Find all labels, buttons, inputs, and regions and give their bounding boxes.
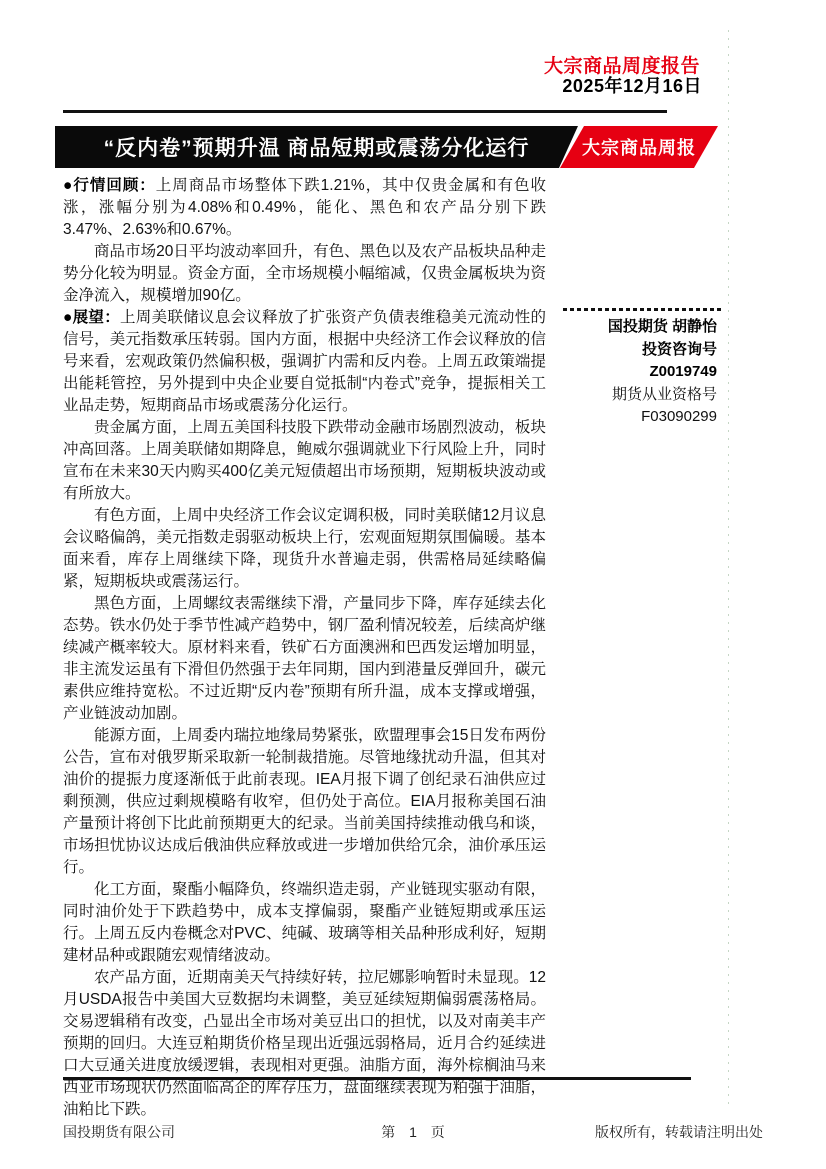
- footer-rule: [63, 1077, 691, 1080]
- report-page: 大宗商品周度报告 2025年12月16日 “反内卷”预期升温 商品短期或震荡分化…: [0, 0, 826, 1169]
- header-rule: [63, 110, 667, 113]
- report-body: ●行情回顾：上周商品市场整体下跌1.21%，其中仅贵金属和有色收涨，涨幅分别为4…: [63, 175, 546, 1121]
- nonferrous-paragraph: 有色方面，上周中央经济工作会议定调积极，同时美联储12月议息会议略偏鸽，美元指数…: [63, 505, 546, 593]
- chemical-paragraph: 化工方面，聚酯小幅降负，终端织造走弱，产业链现实驱动有限，同时油价处于下跌趋势中…: [63, 879, 546, 967]
- ferrous-paragraph: 黑色方面，上周螺纹表需继续下滑，产量同步下降，库存延续去化态势。铁水仍处于季节性…: [63, 593, 546, 725]
- analyst-dotted-divider: [563, 308, 723, 311]
- advisory-number-label: 投资咨询号: [608, 339, 717, 362]
- outlook-paragraph: ●展望：上周美联储议息会议释放了扩张资产负债表维稳美元流动性的信号，美元指数承压…: [63, 307, 546, 417]
- analyst-block: 国投期货 胡静怡 投资咨询号 Z0019749 期货从业资格号 F0309029…: [608, 316, 717, 429]
- outlook-text: 上周美联储议息会议释放了扩张资产负债表维稳美元流动性的信号，美元指数承压转弱。国…: [63, 309, 546, 414]
- fold-guide-line: [728, 30, 729, 1110]
- footer-copyright: 版权所有，转载请注明出处: [595, 1122, 763, 1142]
- energy-paragraph: 能源方面，上周委内瑞拉地缘局势紧张，欧盟理事会15日发布两份公告，宣布对俄罗斯采…: [63, 725, 546, 879]
- footer: 国投期货有限公司 第 1 页 版权所有，转载请注明出处: [63, 1122, 763, 1142]
- advisory-number: Z0019749: [608, 361, 717, 384]
- footer-page-number: 第 1 页: [381, 1122, 445, 1142]
- practice-number-label: 期货从业资格号: [608, 384, 717, 407]
- footer-company: 国投期货有限公司: [63, 1122, 175, 1142]
- headline-text: “反内卷”预期升温 商品短期或震荡分化运行: [104, 132, 530, 162]
- headline-banner: “反内卷”预期升温 商品短期或震荡分化运行: [55, 126, 578, 168]
- outlook-label: ●展望：: [63, 309, 120, 326]
- weekly-tag-text: 大宗商品周报: [582, 134, 696, 160]
- practice-number: F03090299: [608, 406, 717, 429]
- precious-metals-paragraph: 贵金属方面，上周五美国科技股下跌带动金融市场剧烈波动，板块冲高回落。上周美联储如…: [63, 417, 546, 505]
- weekly-tag-ribbon: 大宗商品周报: [560, 126, 718, 168]
- review-paragraph-2: 商品市场20日平均波动率回升，有色、黑色以及农产品板块品种走势分化较为明显。资金…: [63, 241, 546, 307]
- review-label: ●行情回顾：: [63, 177, 156, 194]
- report-date: 2025年12月16日: [562, 72, 702, 98]
- analyst-name: 国投期货 胡静怡: [608, 316, 717, 339]
- review-paragraph: ●行情回顾：上周商品市场整体下跌1.21%，其中仅贵金属和有色收涨，涨幅分别为4…: [63, 175, 546, 241]
- agriculture-paragraph: 农产品方面，近期南美天气持续好转，拉尼娜影响暂时未显现。12月USDA报告中美国…: [63, 967, 546, 1121]
